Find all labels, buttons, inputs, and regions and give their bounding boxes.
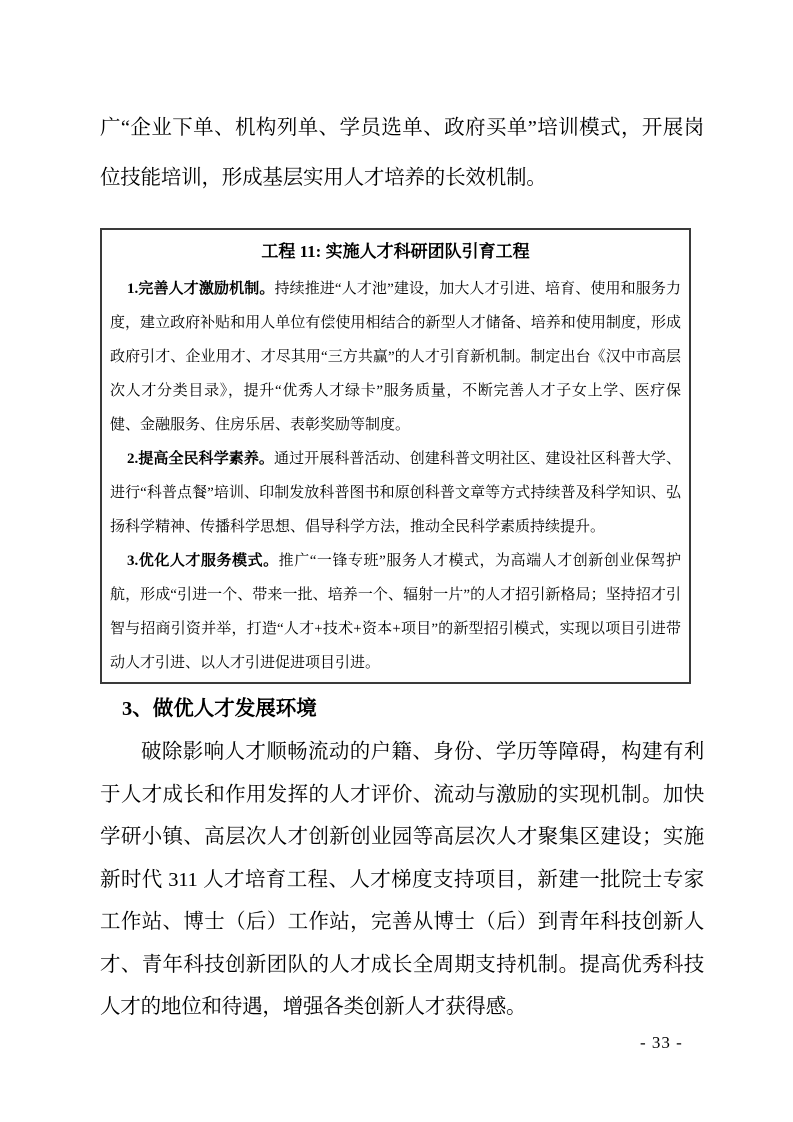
project-box: 工程 11: 实施人才科研团队引育工程 1.完善人才激励机制。持续推进“人才池”…	[100, 228, 691, 684]
document-page: 广“企业下单、机构列单、学员选单、政府买单”培训模式，开展岗位技能培训，形成基层…	[0, 0, 793, 1122]
project-paragraph-1: 1.完善人才激励机制。持续推进“人才池”建设，加大人才引进、培育、使用和服务力度…	[110, 272, 681, 442]
project-box-title: 工程 11: 实施人才科研团队引育工程	[110, 238, 681, 266]
paragraph-lead: 1.完善人才激励机制。	[127, 281, 274, 297]
project-paragraph-3: 3.优化人才服务模式。推广“一锋专班”服务人才模式，为高端人才创新创业保驾护航，…	[110, 544, 681, 680]
intro-paragraph: 广“企业下单、机构列单、学员选单、政府买单”培训模式，开展岗位技能培训，形成基层…	[100, 103, 704, 203]
paragraph-lead: 2.提高全民科学素养。	[127, 451, 274, 467]
section-paragraph: 破除影响人才顺畅流动的户籍、身份、学历等障碍，构建有利于人才成长和作用发挥的人才…	[100, 731, 704, 1029]
page-number: - 33 -	[640, 1032, 683, 1054]
section-heading: 3、做优人才发展环境	[100, 692, 704, 726]
paragraph-text: 持续推进“人才池”建设，加大人才引进、培育、使用和服务力度，建立政府补贴和用人单…	[110, 281, 681, 433]
project-paragraph-2: 2.提高全民科学素养。通过开展科普活动、创建科普文明社区、建设社区科普大学、进行…	[110, 442, 681, 544]
paragraph-text: 推广“一锋专班”服务人才模式，为高端人才创新创业保驾护航，形成“引进一个、带来一…	[110, 553, 681, 671]
paragraph-lead: 3.优化人才服务模式。	[127, 553, 279, 569]
